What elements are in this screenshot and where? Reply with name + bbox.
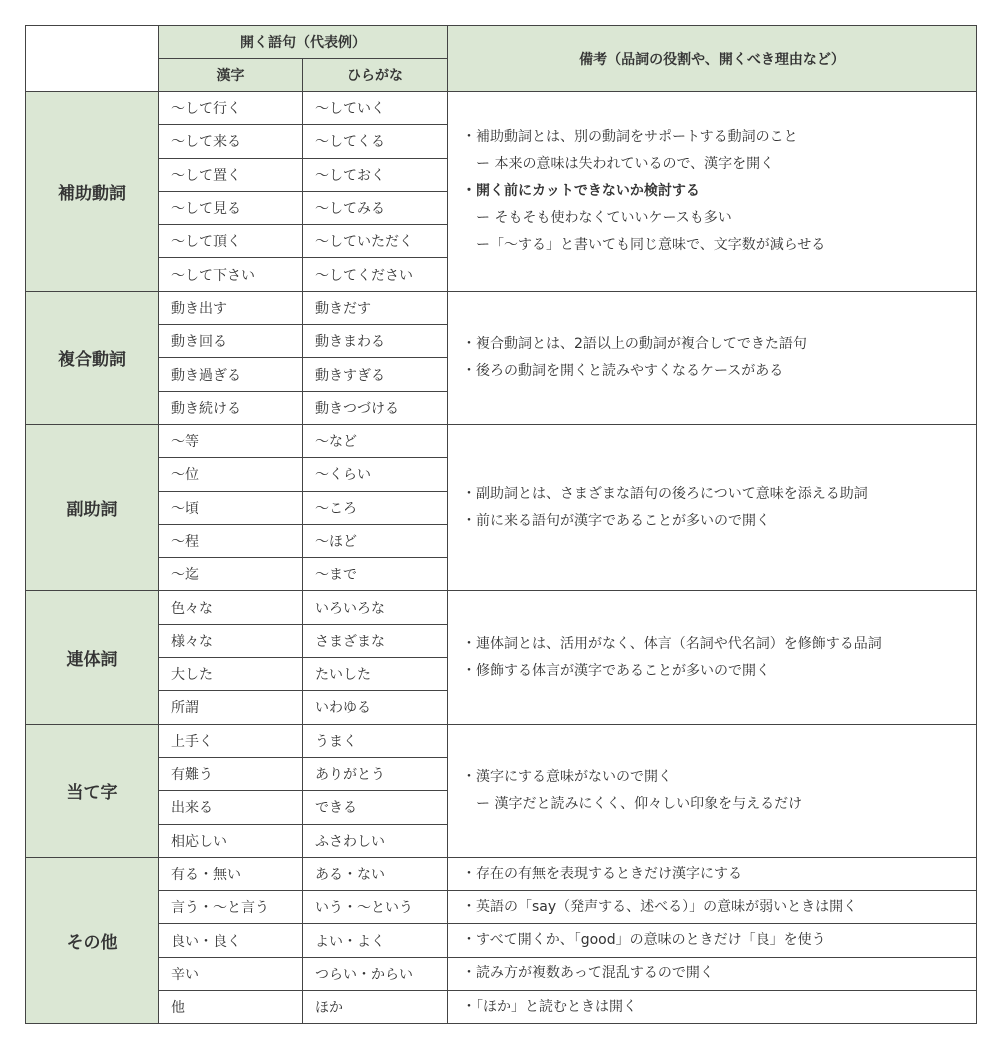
- notes-cell: ・英語の「say（発声する、述べる）」の意味が弱いときは開く: [448, 891, 977, 924]
- kanji-cell: ～位: [159, 458, 303, 491]
- hiragana-cell: 動きすぎる: [303, 358, 448, 391]
- note-line: ー 漢字だと読みにくく、仰々しい印象を与えるだけ: [462, 791, 976, 818]
- notes-cell: ・すべて開くか、「good」の意味のときだけ「良」を使う: [448, 924, 977, 957]
- note-line: ・前に来る語句が漢字であることが多いので開く: [462, 508, 976, 535]
- hiragana-cell: ～くらい: [303, 458, 448, 491]
- kanji-cell: ～等: [159, 424, 303, 457]
- kanji-cell: ～して頂く: [159, 225, 303, 258]
- note-line: ー「～する」と書いても同じ意味で、文字数が減らせる: [462, 232, 976, 259]
- kanji-cell: 有る・無い: [159, 857, 303, 890]
- hiragana-cell: できる: [303, 791, 448, 824]
- kanji-cell: 上手く: [159, 724, 303, 757]
- notes-cell: ・副助詞とは、さまざまな語句の後ろについて意味を添える助詞・前に来る語句が漢字で…: [448, 424, 977, 590]
- table-row: 辛いつらい・からい・読み方が複数あって混乱するので開く: [26, 957, 977, 990]
- note-line: ・後ろの動詞を開くと読みやすくなるケースがある: [462, 358, 976, 385]
- note-line: ・副助詞とは、さまざまな語句の後ろについて意味を添える助詞: [462, 481, 976, 508]
- notes-cell: ・連体詞とは、活用がなく、体言（名詞や代名詞）を修飾する品詞・修飾する体言が漢字…: [448, 591, 977, 724]
- hiragana-cell: 動きつづける: [303, 391, 448, 424]
- table-row: 連体詞色々ないろいろな・連体詞とは、活用がなく、体言（名詞や代名詞）を修飾する品…: [26, 591, 977, 624]
- hiragana-cell: いう・～という: [303, 891, 448, 924]
- kanji-cell: 相応しい: [159, 824, 303, 857]
- kanji-cell: ～して置く: [159, 158, 303, 191]
- header-kanji-label: 漢字: [159, 59, 303, 92]
- hiragana-cell: よい・よく: [303, 924, 448, 957]
- notes-cell: ・「ほか」と読むときは開く: [448, 991, 977, 1024]
- kanji-cell: 良い・良く: [159, 924, 303, 957]
- kanji-cell: 動き回る: [159, 325, 303, 358]
- kanji-cell: 色々な: [159, 591, 303, 624]
- kanji-cell: 動き過ぎる: [159, 358, 303, 391]
- table-row: 副助詞～等～など・副助詞とは、さまざまな語句の後ろについて意味を添える助詞・前に…: [26, 424, 977, 457]
- kanji-cell: 辛い: [159, 957, 303, 990]
- header-row-1: 開く語句（代表例） 備考（品詞の役割や、開くべき理由など）: [26, 26, 977, 59]
- hiragana-cell: さまざまな: [303, 624, 448, 657]
- note-line: ・修飾する体言が漢字であることが多いので開く: [462, 658, 976, 685]
- category-label: 連体詞: [26, 591, 159, 724]
- kanji-cell: ～して来る: [159, 125, 303, 158]
- kanji-cell: ～して見る: [159, 191, 303, 224]
- kanji-cell: ～程: [159, 524, 303, 557]
- note-line: ー そもそも使わなくていいケースも多い: [462, 205, 976, 232]
- hiragana-cell: ふさわしい: [303, 824, 448, 857]
- note-line: ・開く前にカットできないか検討する: [462, 178, 976, 205]
- kanji-cell: 出来る: [159, 791, 303, 824]
- note-line: ・連体詞とは、活用がなく、体言（名詞や代名詞）を修飾する品詞: [462, 631, 976, 658]
- hiragana-cell: いろいろな: [303, 591, 448, 624]
- hiragana-cell: ～まで: [303, 558, 448, 591]
- kanji-cell: ～頃: [159, 491, 303, 524]
- note-line: ・複合動詞とは、2語以上の動詞が複合してできた語句: [462, 331, 976, 358]
- table-row: その他有る・無いある・ない・存在の有無を表現するときだけ漢字にする: [26, 857, 977, 890]
- kanji-cell: 大した: [159, 658, 303, 691]
- kanji-cell: 所謂: [159, 691, 303, 724]
- table-row: 補助動詞～して行く～していく・補助動詞とは、別の動詞をサポートする動詞のことー …: [26, 92, 977, 125]
- notes-cell: ・漢字にする意味がないので開くー 漢字だと読みにくく、仰々しい印象を与えるだけ: [448, 724, 977, 857]
- kanji-cell: 有難う: [159, 757, 303, 790]
- note-line: ・補助動詞とは、別の動詞をサポートする動詞のこと: [462, 124, 976, 151]
- notes-cell: ・補助動詞とは、別の動詞をサポートする動詞のことー 本来の意味は失われているので…: [448, 92, 977, 292]
- table-row: 他ほか・「ほか」と読むときは開く: [26, 991, 977, 1024]
- category-label: 当て字: [26, 724, 159, 857]
- kanji-cell: ～迄: [159, 558, 303, 591]
- category-label: 補助動詞: [26, 92, 159, 292]
- kanji-cell: 動き出す: [159, 291, 303, 324]
- hiragana-cell: いわゆる: [303, 691, 448, 724]
- note-line: ー 本来の意味は失われているので、漢字を開く: [462, 151, 976, 178]
- category-label: 複合動詞: [26, 291, 159, 424]
- hiragana-cell: ～しておく: [303, 158, 448, 191]
- notes-cell: ・存在の有無を表現するときだけ漢字にする: [448, 857, 977, 890]
- kanji-cell: 動き続ける: [159, 391, 303, 424]
- hiragana-cell: 動きだす: [303, 291, 448, 324]
- hiragana-cell: ～ころ: [303, 491, 448, 524]
- hiragana-cell: ～など: [303, 424, 448, 457]
- hiragana-cell: ～してみる: [303, 191, 448, 224]
- kanji-cell: 言う・～と言う: [159, 891, 303, 924]
- header-group-label: 開く語句（代表例）: [159, 26, 448, 59]
- hiragana-cell: ある・ない: [303, 857, 448, 890]
- kanji-hiragana-table: 開く語句（代表例） 備考（品詞の役割や、開くべき理由など） 漢字 ひらがな 補助…: [25, 25, 977, 1024]
- hiragana-cell: たいした: [303, 658, 448, 691]
- table-row: 言う・～と言ういう・～という・英語の「say（発声する、述べる）」の意味が弱いと…: [26, 891, 977, 924]
- hiragana-cell: うまく: [303, 724, 448, 757]
- table-body: 補助動詞～して行く～していく・補助動詞とは、別の動詞をサポートする動詞のことー …: [26, 92, 977, 1024]
- hiragana-cell: ～していただく: [303, 225, 448, 258]
- kanji-cell: ～して行く: [159, 92, 303, 125]
- kanji-cell: ～して下さい: [159, 258, 303, 291]
- notes-cell: ・複合動詞とは、2語以上の動詞が複合してできた語句・後ろの動詞を開くと読みやすく…: [448, 291, 977, 424]
- hiragana-cell: ～ほど: [303, 524, 448, 557]
- note-line: ・漢字にする意味がないので開く: [462, 764, 976, 791]
- category-label: その他: [26, 857, 159, 1023]
- notes-cell: ・読み方が複数あって混乱するので開く: [448, 957, 977, 990]
- hiragana-cell: つらい・からい: [303, 957, 448, 990]
- header-notes-label: 備考（品詞の役割や、開くべき理由など）: [448, 26, 977, 92]
- category-label: 副助詞: [26, 424, 159, 590]
- table-row: 良い・良くよい・よく・すべて開くか、「good」の意味のときだけ「良」を使う: [26, 924, 977, 957]
- hiragana-cell: 動きまわる: [303, 325, 448, 358]
- header-hiragana-label: ひらがな: [303, 59, 448, 92]
- hiragana-cell: ありがとう: [303, 757, 448, 790]
- hiragana-cell: ～していく: [303, 92, 448, 125]
- table-row: 複合動詞動き出す動きだす・複合動詞とは、2語以上の動詞が複合してできた語句・後ろ…: [26, 291, 977, 324]
- hiragana-cell: ～してください: [303, 258, 448, 291]
- kanji-cell: 他: [159, 991, 303, 1024]
- hiragana-cell: ～してくる: [303, 125, 448, 158]
- hiragana-cell: ほか: [303, 991, 448, 1024]
- header-blank-cell: [26, 26, 159, 92]
- table-row: 当て字上手くうまく・漢字にする意味がないので開くー 漢字だと読みにくく、仰々しい…: [26, 724, 977, 757]
- kanji-cell: 様々な: [159, 624, 303, 657]
